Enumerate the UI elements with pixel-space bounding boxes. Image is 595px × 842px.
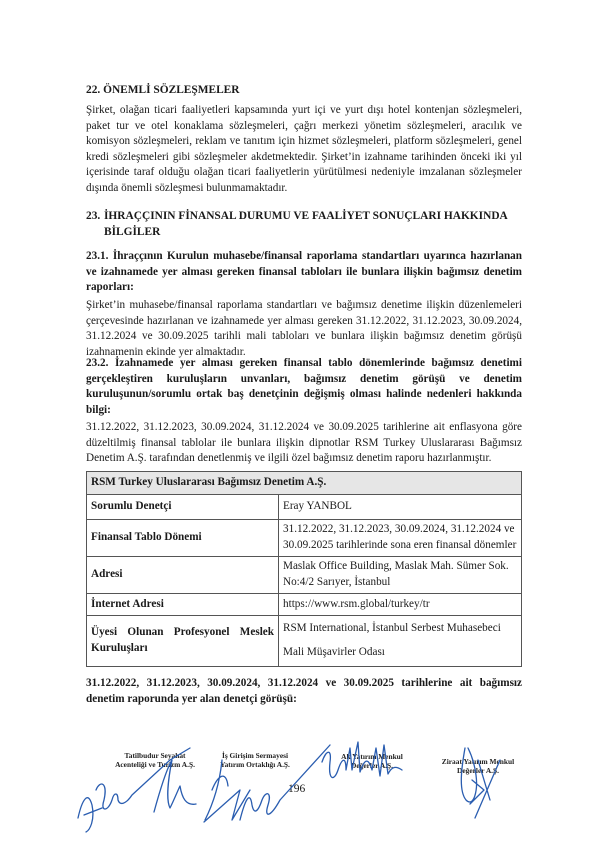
- signatures-icon: [0, 0, 595, 842]
- document-page: 22. ÖNEMLİ SÖZLEŞMELER Şirket, olağan ti…: [0, 0, 595, 842]
